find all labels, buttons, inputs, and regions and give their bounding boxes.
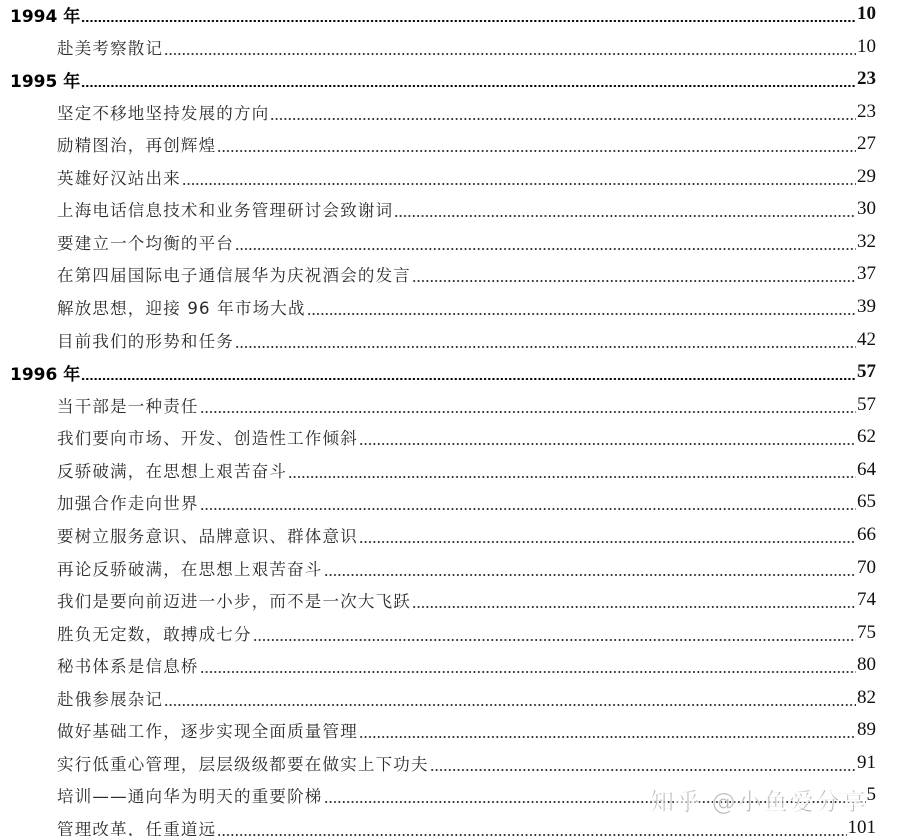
dot-leader bbox=[235, 346, 856, 348]
toc-page-number: 66 bbox=[857, 524, 897, 546]
toc-page-number: 10 bbox=[857, 3, 897, 25]
dot-leader bbox=[288, 476, 856, 478]
toc-entry[interactable]: 我们要向市场、开发、创造性工作倾斜62 bbox=[0, 421, 897, 453]
toc-entry[interactable]: 反骄破满，在思想上艰苦奋斗64 bbox=[0, 454, 897, 486]
toc-page-number: 42 bbox=[857, 329, 897, 351]
dot-leader bbox=[324, 574, 857, 576]
toc-title: 解放思想，迎接 96 年市场大战 bbox=[0, 295, 306, 319]
toc-entry[interactable]: 实行低重心管理，层层级级都要在做实上下功夫91 bbox=[0, 747, 897, 779]
toc-page-number: 80 bbox=[857, 654, 897, 676]
toc-entry[interactable]: 做好基础工作，逐步实现全面质量管理89 bbox=[0, 714, 897, 746]
toc-page-number: 29 bbox=[857, 166, 897, 188]
toc-page-number: 75 bbox=[857, 622, 897, 644]
dot-leader bbox=[200, 671, 856, 673]
toc-title: 加强合作走向世界 bbox=[0, 490, 199, 514]
toc-title: 我们是要向前迈进一小步，而不是一次大飞跃 bbox=[0, 588, 411, 612]
toc-title: 胜负无定数，敢搏成七分 bbox=[0, 621, 252, 645]
toc-page-number: 82 bbox=[857, 687, 897, 709]
toc-title: 1994 年 bbox=[0, 2, 80, 27]
toc-page-number: 27 bbox=[857, 133, 897, 155]
dot-leader bbox=[394, 215, 856, 217]
toc-year-heading[interactable]: 1995 年23 bbox=[0, 63, 897, 95]
dot-leader bbox=[412, 606, 856, 608]
toc-entry[interactable]: 励精图治，再创辉煌27 bbox=[0, 128, 897, 160]
dot-leader bbox=[359, 736, 856, 738]
dot-leader bbox=[270, 118, 856, 120]
dot-leader bbox=[200, 508, 856, 510]
dot-leader bbox=[164, 704, 856, 706]
toc-year-heading[interactable]: 1994 年10 bbox=[0, 0, 897, 30]
dot-leader bbox=[235, 248, 856, 250]
toc-page-number: 37 bbox=[857, 263, 897, 285]
toc-title: 坚定不移地坚持发展的方向 bbox=[0, 100, 269, 124]
toc-page-number: 23 bbox=[857, 68, 897, 90]
toc-page-number: 65 bbox=[857, 491, 897, 513]
dot-leader bbox=[200, 411, 856, 413]
dot-leader bbox=[359, 443, 856, 445]
toc-entry[interactable]: 在第四届国际电子通信展华为庆祝酒会的发言37 bbox=[0, 258, 897, 290]
toc-entry[interactable]: 胜负无定数，敢搏成七分75 bbox=[0, 617, 897, 649]
toc-entry[interactable]: 培训——通向华为明天的重要阶梯5 bbox=[0, 779, 897, 811]
dot-leader bbox=[359, 541, 856, 543]
toc-title: 在第四届国际电子通信展华为庆祝酒会的发言 bbox=[0, 262, 411, 286]
toc-page-number: 64 bbox=[857, 459, 897, 481]
toc-page-number: 30 bbox=[857, 198, 897, 220]
toc-title: 实行低重心管理，层层级级都要在做实上下功夫 bbox=[0, 751, 429, 775]
dot-leader bbox=[307, 313, 856, 315]
dot-leader bbox=[412, 280, 856, 282]
toc-title: 目前我们的形势和任务 bbox=[0, 328, 234, 352]
toc-entry[interactable]: 要树立服务意识、品牌意识、群体意识66 bbox=[0, 519, 897, 551]
toc-entry[interactable]: 再论反骄破满，在思想上艰苦奋斗70 bbox=[0, 552, 897, 584]
dot-leader bbox=[253, 639, 856, 641]
dot-leader bbox=[164, 53, 856, 55]
toc-title: 再论反骄破满，在思想上艰苦奋斗 bbox=[0, 556, 323, 580]
toc-title: 当干部是一种责任 bbox=[0, 393, 199, 417]
toc-entry[interactable]: 管理改革，任重道远101 bbox=[0, 812, 897, 836]
toc-page-number: 39 bbox=[857, 296, 897, 318]
toc-page-number: 57 bbox=[857, 394, 897, 416]
dot-leader bbox=[81, 85, 856, 87]
toc-entry[interactable]: 赴俄参展杂记82 bbox=[0, 682, 897, 714]
toc-page-number: 5 bbox=[867, 784, 897, 806]
toc-title: 1996 年 bbox=[0, 360, 80, 385]
toc-title: 秘书体系是信息桥 bbox=[0, 653, 199, 677]
toc-entry[interactable]: 坚定不移地坚持发展的方向23 bbox=[0, 96, 897, 128]
toc-title: 要建立一个均衡的平台 bbox=[0, 230, 234, 254]
dot-leader bbox=[81, 20, 856, 22]
toc-entry[interactable]: 目前我们的形势和任务42 bbox=[0, 324, 897, 356]
toc-title: 要树立服务意识、品牌意识、群体意识 bbox=[0, 523, 358, 547]
toc-title: 励精图治，再创辉煌 bbox=[0, 132, 216, 156]
toc-page-number: 62 bbox=[857, 426, 897, 448]
toc-page-number: 89 bbox=[857, 719, 897, 741]
dot-leader bbox=[217, 150, 856, 152]
toc-year-heading[interactable]: 1996 年57 bbox=[0, 356, 897, 388]
toc-title: 我们要向市场、开发、创造性工作倾斜 bbox=[0, 425, 358, 449]
dot-leader bbox=[430, 769, 856, 771]
toc-page-number: 91 bbox=[857, 752, 897, 774]
toc-page-number: 70 bbox=[857, 557, 897, 579]
toc-title: 英雄好汉站出来 bbox=[0, 165, 181, 189]
toc-title: 培训——通向华为明天的重要阶梯 bbox=[0, 783, 323, 807]
toc-entry[interactable]: 我们是要向前迈进一小步，而不是一次大飞跃74 bbox=[0, 584, 897, 616]
toc-page-number: 10 bbox=[857, 36, 897, 58]
toc-entry[interactable]: 解放思想，迎接 96 年市场大战39 bbox=[0, 291, 897, 323]
toc-title: 管理改革，任重道远 bbox=[0, 816, 216, 836]
toc-title: 做好基础工作，逐步实现全面质量管理 bbox=[0, 718, 358, 742]
dot-leader bbox=[182, 183, 856, 185]
toc-page-number: 101 bbox=[848, 817, 897, 836]
toc-entry[interactable]: 当干部是一种责任57 bbox=[0, 389, 897, 421]
dot-leader bbox=[324, 801, 866, 803]
toc-entry[interactable]: 上海电话信息技术和业务管理研讨会致谢词30 bbox=[0, 193, 897, 225]
toc-entry[interactable]: 要建立一个均衡的平台32 bbox=[0, 226, 897, 258]
toc-title: 反骄破满，在思想上艰苦奋斗 bbox=[0, 458, 287, 482]
toc-title: 赴俄参展杂记 bbox=[0, 686, 163, 710]
toc-page-number: 74 bbox=[857, 589, 897, 611]
toc-page-number: 23 bbox=[857, 101, 897, 123]
toc-entry[interactable]: 英雄好汉站出来29 bbox=[0, 161, 897, 193]
toc-title: 上海电话信息技术和业务管理研讨会致谢词 bbox=[0, 197, 393, 221]
dot-leader bbox=[81, 378, 856, 380]
toc-page-number: 57 bbox=[857, 361, 897, 383]
toc-entry[interactable]: 赴美考察散记10 bbox=[0, 31, 897, 63]
toc-title: 赴美考察散记 bbox=[0, 35, 163, 59]
toc-entry[interactable]: 秘书体系是信息桥80 bbox=[0, 649, 897, 681]
toc-page-number: 32 bbox=[857, 231, 897, 253]
toc-entry[interactable]: 加强合作走向世界65 bbox=[0, 486, 897, 518]
toc-title: 1995 年 bbox=[0, 67, 80, 92]
